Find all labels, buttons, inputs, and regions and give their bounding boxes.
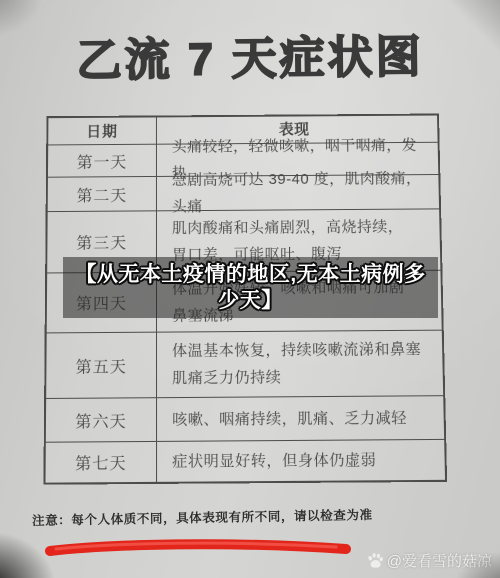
table-row-day2: 第二天 急剧高烧可达 39-40 度，肌肉酸痛，头痛 <box>48 174 439 211</box>
baidu-paw-icon <box>367 552 384 569</box>
photo-vignette-bottom-right <box>410 518 500 578</box>
video-caption-overlay: 【从无本土疫情的地区,无本土病例多 少天】 <box>63 257 438 318</box>
day-cell: 第七天 <box>45 442 157 483</box>
photo-vignette-bottom-left <box>0 478 120 578</box>
day-cell: 第二天 <box>48 177 157 211</box>
overlay-caption-text: 【从无本土疫情的地区,无本土病例多 少天】 <box>75 262 425 314</box>
table-header-date: 日期 <box>48 117 157 144</box>
table-row-day7: 第七天 症状明显好转，但身体仍虚弱 <box>45 439 445 483</box>
table-row-day5: 第五天 体温基本恢复，持续咳嗽流涕和鼻塞 肌痛乏力仍持续 <box>46 330 443 398</box>
photo-vignette-top-right <box>390 0 500 70</box>
symptom-cell: 咳嗽、咽痛持续，肌痛、乏力减轻 <box>157 396 444 441</box>
symptom-cell: 症状明显好转，但身体仍虚弱 <box>157 440 445 482</box>
day-cell: 第六天 <box>46 398 157 441</box>
table-row-day6: 第六天 咳嗽、咽痛持续，肌痛、乏力减轻 <box>46 395 444 442</box>
day-cell: 第五天 <box>46 333 157 398</box>
symptom-cell: 急剧高烧可达 39-40 度，肌肉酸痛，头痛 <box>157 175 439 210</box>
photo-vignette-top-left <box>0 0 90 80</box>
day-cell: 第一天 <box>48 145 157 177</box>
photo-background: 乙流 7 天症状图 日期 表现 第一天 头痛较轻，轻微咳嗽，咽干咽痛，发热 第二… <box>0 0 500 578</box>
symptom-cell: 体温基本恢复，持续咳嗽流涕和鼻塞 肌痛乏力仍持续 <box>157 331 443 398</box>
